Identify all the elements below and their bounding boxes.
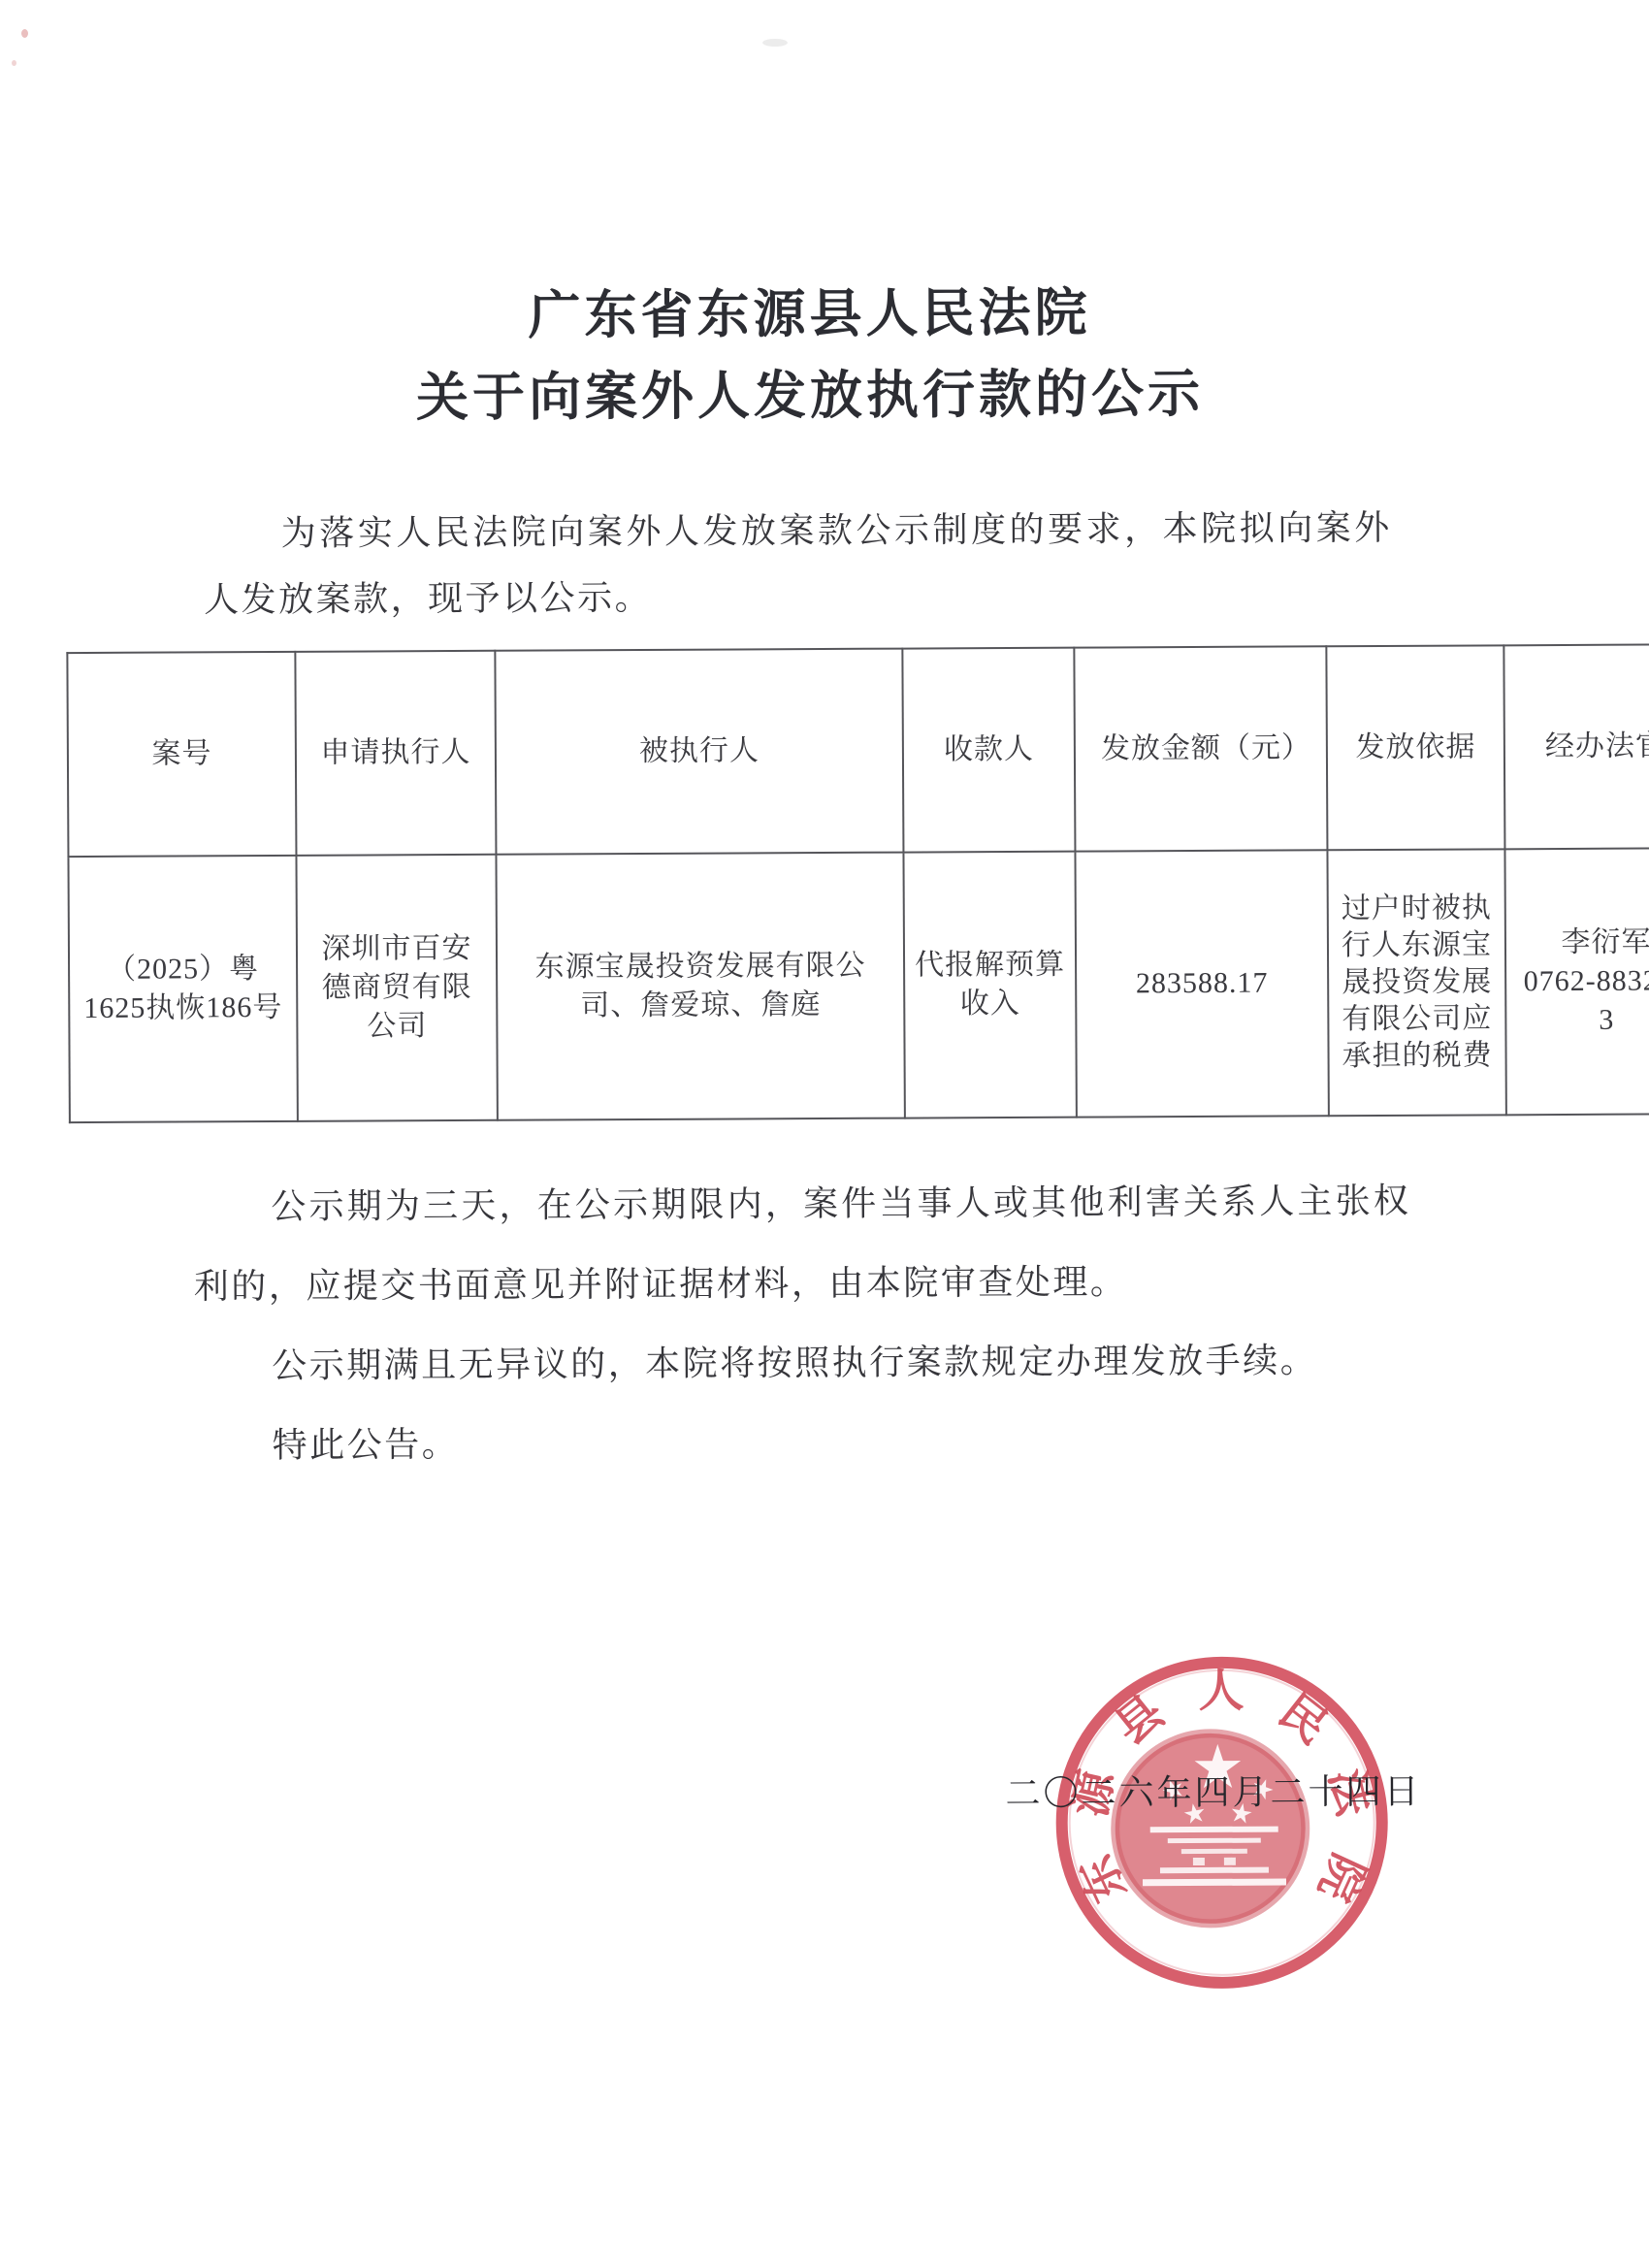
title-line-court: 广东省东源县人民法院 <box>0 270 1623 360</box>
document-title: 广东省东源县人民法院 关于向案外人发放执行款的公示 <box>0 270 1623 441</box>
amount-value: 283588.17 <box>1136 967 1269 1000</box>
cell-judge: 李衍军 0762-8832913 <box>1504 848 1649 1115</box>
judge-phone: 0762-8832913 <box>1516 961 1649 1040</box>
header-payee: 收款人 <box>902 648 1075 853</box>
header-basis: 发放依据 <box>1326 645 1504 850</box>
title-line-subject: 关于向案外人发放执行款的公示 <box>0 351 1623 441</box>
document-content: 广东省东源县人民法院 关于向案外人发放执行款的公示 为落实人民法院向案外人发放案… <box>0 0 1649 2268</box>
court-seal: 东源县人民法院 <box>1047 1647 1398 1998</box>
table-row: （2025）粤1625执恢186号 深圳市百安德商贸有限公司 东源宝晟投资发展有… <box>68 848 1649 1122</box>
judge-name: 李衍军 <box>1516 923 1649 962</box>
paragraph-closing: 特此公告。 <box>194 1400 1411 1486</box>
execution-funds-table: 案号 申请执行人 被执行人 收款人 发放金额（元） 发放依据 经办法官 （202… <box>66 643 1649 1123</box>
seal-national-emblem <box>1115 1733 1306 1924</box>
table-header-row: 案号 申请执行人 被执行人 收款人 发放金额（元） 发放依据 经办法官 <box>67 644 1649 857</box>
scanned-court-notice-page: 广东省东源县人民法院 关于向案外人发放执行款的公示 为落实人民法院向案外人发放案… <box>0 0 1649 2268</box>
header-respondents: 被执行人 <box>495 649 903 855</box>
header-applicant: 申请执行人 <box>295 651 496 856</box>
document-date: 二〇二六年四月二十四日 <box>1005 1772 1421 1813</box>
header-judge: 经办法官 <box>1503 644 1649 849</box>
cell-case-number: （2025）粤1625执恢186号 <box>68 856 297 1122</box>
seal-arc-char: 人 <box>1198 1667 1244 1717</box>
cell-respondents: 东源宝晟投资发展有限公司、詹爱琼、詹庭 <box>496 853 904 1120</box>
header-case-number: 案号 <box>67 652 296 857</box>
paragraph-no-objection: 公示期满且无异议的，本院将按照执行案款规定办理发放手续。 <box>194 1320 1411 1407</box>
cell-applicant: 深圳市百安德商贸有限公司 <box>296 855 497 1121</box>
paragraph-objection-period: 公示期为三天，在公示期限内，案件当事人或其他利害关系人主张权利的，应提交书面意见… <box>193 1161 1411 1327</box>
intro-paragraph: 为落实人民法院向案外人发放案款公示制度的要求，本院拟向案外人发放案款，现予以公示… <box>204 495 1393 632</box>
header-amount: 发放金额（元） <box>1074 646 1327 851</box>
cell-amount: 283588.17 <box>1075 850 1328 1117</box>
cell-basis: 过户时被执行人东源宝晟投资发展有限公司应承担的税费 <box>1327 849 1505 1116</box>
cell-payee: 代报解预算收入 <box>903 852 1076 1118</box>
body-paragraphs: 公示期为三天，在公示期限内，案件当事人或其他利害关系人主张权利的，应提交书面意见… <box>193 1161 1412 1486</box>
